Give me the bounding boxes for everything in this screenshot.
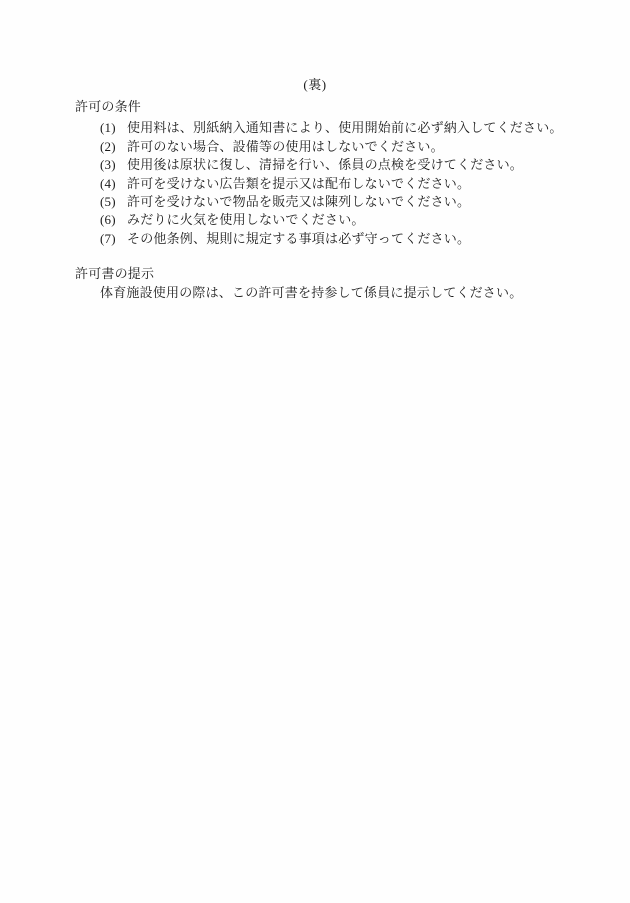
condition-item-number: (3) <box>100 156 127 174</box>
condition-item: (7) その他条例、規則に規定する事項は必ず守ってください。 <box>75 230 580 248</box>
conditions-section: 許可の条件 (1) 使用料は、別紙納入通知書により、使用開始前に必ず納入してくだ… <box>75 98 580 248</box>
condition-item-text: 許可のない場合、設備等の使用はしないでください。 <box>127 138 580 156</box>
condition-item-number: (7) <box>100 230 127 248</box>
conditions-heading: 許可の条件 <box>75 98 580 116</box>
condition-item: (4) 許可を受けない広告類を提示又は配布しないでください。 <box>75 175 580 193</box>
condition-item-text: 使用料は、別紙納入通知書により、使用開始前に必ず納入してください。 <box>127 119 580 137</box>
condition-item-number: (1) <box>100 119 127 137</box>
condition-item-number: (2) <box>100 138 127 156</box>
condition-item: (2) 許可のない場合、設備等の使用はしないでください。 <box>75 138 580 156</box>
document-page: (裏) 許可の条件 (1) 使用料は、別紙納入通知書により、使用開始前に必ず納入… <box>0 0 630 903</box>
conditions-list: (1) 使用料は、別紙納入通知書により、使用開始前に必ず納入してください。 (2… <box>75 119 580 248</box>
condition-item-text: 使用後は原状に復し、清掃を行い、係員の点検を受けてください。 <box>127 156 580 174</box>
condition-item-text: 許可を受けない広告類を提示又は配布しないでください。 <box>127 175 580 193</box>
condition-item: (3) 使用後は原状に復し、清掃を行い、係員の点検を受けてください。 <box>75 156 580 174</box>
condition-item-text: みだりに火気を使用しないでください。 <box>127 211 580 229</box>
presentation-section: 許可書の提示 体育施設使用の際は、この許可書を持参して係員に提示してください。 <box>75 265 580 302</box>
condition-item: (5) 許可を受けないで物品を販売又は陳列しないでください。 <box>75 193 580 211</box>
condition-item: (6) みだりに火気を使用しないでください。 <box>75 211 580 229</box>
condition-item-number: (5) <box>100 193 127 211</box>
presentation-heading: 許可書の提示 <box>75 265 580 283</box>
document-content: 許可の条件 (1) 使用料は、別紙納入通知書により、使用開始前に必ず納入してくだ… <box>75 98 580 302</box>
presentation-body: 体育施設使用の際は、この許可書を持参して係員に提示してください。 <box>100 284 580 302</box>
condition-item-text: その他条例、規則に規定する事項は必ず守ってください。 <box>127 230 580 248</box>
condition-item: (1) 使用料は、別紙納入通知書により、使用開始前に必ず納入してください。 <box>75 119 580 137</box>
condition-item-text: 許可を受けないで物品を販売又は陳列しないでください。 <box>127 193 580 211</box>
condition-item-number: (4) <box>100 175 127 193</box>
condition-item-number: (6) <box>100 211 127 229</box>
page-side-label: (裏) <box>0 76 630 94</box>
